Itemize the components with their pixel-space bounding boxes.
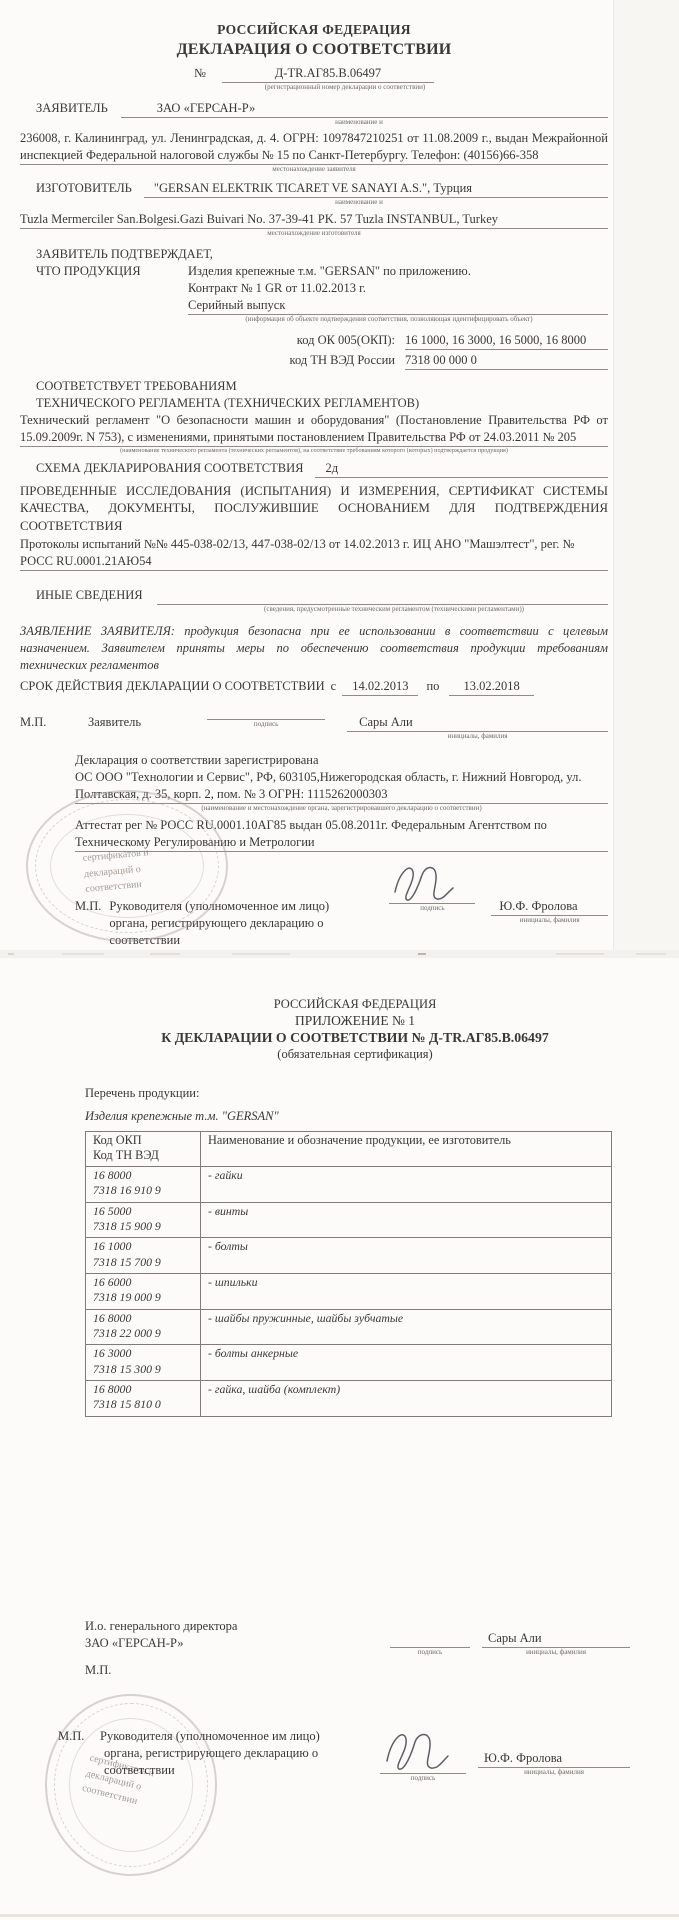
scan-artifact	[62, 953, 104, 955]
confirms-line-2: ЧТО ПРОДУКЦИЯ	[36, 263, 188, 280]
applicant-signer-name: Сары Али	[347, 714, 608, 732]
page1-title: ДЕКЛАРАЦИЯ О СООТВЕТСТВИИ	[20, 41, 608, 59]
code-header-line: Код ТН ВЭД	[93, 1148, 193, 1163]
code-cell: 16 5000 7318 15 900 9	[86, 1202, 201, 1238]
tnved-code: 7318 15 810 0	[93, 1397, 193, 1412]
research-heading: ПРОВЕДЕННЫЕ ИССЛЕДОВАНИЯ (ИСПЫТАНИЯ) И И…	[20, 483, 608, 536]
complies-line-2: ТЕХНИЧЕСКОГО РЕГЛАМЕНТА (ТЕХНИЧЕСКИХ РЕГ…	[36, 395, 608, 412]
mp-label: М.П.	[85, 1662, 111, 1679]
okp-code-label: код ОК 005(ОКП):	[20, 332, 395, 349]
okp-code-value: 16 1000, 16 3000, 16 5000, 16 8000	[405, 332, 608, 350]
registrar-signature-icon	[389, 860, 461, 902]
manufacturer-label: ИЗГОТОВИТЕЛЬ	[36, 180, 132, 197]
product-line: Контракт № 1 GR от 11.02.2013 г.	[188, 280, 608, 297]
applicant-location-caption: местонахождение заявителя	[20, 165, 608, 174]
product-table: Код ОКП Код ТН ВЭД Наименование и обозна…	[85, 1131, 612, 1417]
registrar-name-slot: Ю.Ф. Фролова инициалы, фамилия	[478, 1750, 630, 1777]
table-row: 16 3000 7318 15 300 9 - болты анкерные	[86, 1345, 612, 1381]
okp-code-line: код ОК 005(ОКП): 16 1000, 16 3000, 16 50…	[20, 332, 608, 350]
other-info-line: ИНЫЕ СВЕДЕНИЯ	[36, 587, 608, 605]
number-label: №	[194, 65, 206, 82]
code-cell: 16 1000 7318 15 700 9	[86, 1238, 201, 1274]
product-description: Изделия крепежные т.м. "GERSAN" по прило…	[188, 263, 608, 315]
table-row: 16 8000 7318 15 810 0 - гайка, шайба (ко…	[86, 1380, 612, 1416]
appendix-subtitle: (обязательная сертификация)	[85, 1046, 625, 1063]
manufacturer-value: "GERSAN ELEKTRIK TICARET VE SANAYI A.S."…	[144, 180, 608, 198]
applicant-line: ЗАЯВИТЕЛЬ ЗАО «ГЕРСАН-Р»	[36, 100, 608, 118]
tnved-code-value: 7318 00 000 0	[405, 352, 608, 370]
table-row: 16 8000 7318 22 000 9 - шайбы пружинные,…	[86, 1309, 612, 1345]
code-header-cell: Код ОКП Код ТН ВЭД	[86, 1132, 201, 1167]
applicant-statement: ЗАЯВЛЕНИЕ ЗАЯВИТЕЛЯ: продукция безопасна…	[20, 623, 608, 674]
product-line: Серийный выпуск	[188, 297, 608, 314]
okp-code: 16 1000	[93, 1239, 193, 1254]
okp-code: 16 8000	[93, 1382, 193, 1397]
sign-caption: подпись	[380, 1774, 466, 1783]
scheme-value: 2д	[315, 460, 608, 478]
table-header-row: Код ОКП Код ТН ВЭД Наименование и обозна…	[86, 1132, 612, 1167]
okp-code: 16 6000	[93, 1275, 193, 1290]
code-cell: 16 8000 7318 15 810 0	[86, 1380, 201, 1416]
other-info-caption: (сведения, предусмотренные техническим р…	[180, 605, 608, 614]
tnved-code: 7318 15 700 9	[93, 1255, 193, 1270]
tnved-code-label: код ТН ВЭД России	[20, 352, 395, 369]
manufacturer-location-caption: местонахождение изготовителя	[20, 229, 608, 238]
name-caption: инициалы, фамилия	[478, 1768, 630, 1777]
applicant-name-slot: Сары Али инициалы, фамилия	[347, 714, 608, 741]
regulation-caption: (наименование технического регламента (т…	[20, 447, 608, 455]
sign-caption: подпись	[207, 720, 325, 729]
certification-stamp: сертификатов и деклараций о соответствии	[45, 1694, 217, 1876]
mp-label: М.П.	[20, 714, 88, 731]
registrar-name-slot: Ю.Ф. Фролова инициалы, фамилия	[491, 898, 608, 925]
code-cell: 16 8000 7318 22 000 9	[86, 1309, 201, 1345]
product-cell: - гайка, шайба (комплект)	[201, 1380, 612, 1416]
registration-number-caption: (регистрационный номер декларации о соот…	[195, 83, 495, 92]
registered-heading: Декларация о соответствии зарегистрирова…	[75, 752, 608, 769]
object-info-caption: (информация об объекте подтверждения соо…	[170, 315, 608, 324]
mp-label-2: М.П.	[58, 1728, 84, 1745]
appendix-title: К ДЕКЛАРАЦИИ О СООТВЕТСТВИИ № Д-TR.АГ85.…	[85, 1030, 625, 1046]
validity-to-word: по	[426, 678, 439, 695]
page-2-appendix: РОССИЙСКАЯ ФЕДЕРАЦИЯ ПРИЛОЖЕНИЕ № 1 К ДЕ…	[0, 958, 679, 1920]
product-line: Изделия крепежные т.м. "GERSAN" по прило…	[188, 263, 608, 280]
product-section: ЧТО ПРОДУКЦИЯ Изделия крепежные т.м. "GE…	[36, 263, 608, 315]
manufacturer-name-caption: наименование и	[110, 198, 608, 207]
scanned-declaration-document: РОССИЙСКАЯ ФЕДЕРАЦИЯ ДЕКЛАРАЦИЯ О СООТВЕ…	[0, 0, 679, 1920]
signer-role: И.о. генерального директора ЗАО «ГЕРСАН-…	[85, 1618, 237, 1652]
validity-to-date: 13.02.2018	[449, 678, 533, 696]
registrar-role: Руководителя (уполномоченное им лицо) ор…	[100, 1728, 320, 1779]
scan-artifact	[232, 953, 290, 955]
registrar-role-line: соответствии	[104, 1762, 320, 1779]
validity-label: СРОК ДЕЙСТВИЯ ДЕКЛАРАЦИИ О СООТВЕТСТВИИ	[20, 678, 325, 695]
product-cell: - шайбы пружинные, шайбы зубчатые	[201, 1309, 612, 1345]
registrar-name: Ю.Ф. Фролова	[491, 898, 608, 916]
signer-role-line: И.о. генерального директора	[85, 1618, 237, 1635]
product-cell: - шпильки	[201, 1273, 612, 1309]
product-family: Изделия крепежные т.м. "GERSAN"	[85, 1108, 679, 1125]
page2-country-heading: РОССИЙСКАЯ ФЕДЕРАЦИЯ	[85, 996, 625, 1013]
registration-number: Д-TR.АГ85.В.06497	[222, 65, 434, 83]
okp-code: 16 3000	[93, 1346, 193, 1361]
scan-bottom-edge	[0, 1914, 679, 1917]
okp-code: 16 8000	[93, 1311, 193, 1326]
applicant-value: ЗАО «ГЕРСАН-Р»	[121, 100, 608, 118]
signer-name: Сары Али	[482, 1630, 630, 1648]
sign-caption: подпись	[389, 904, 475, 913]
confirms-line-1: ЗАЯВИТЕЛЬ ПОДТВЕРЖДАЕТ,	[36, 246, 608, 263]
product-cell: - болты анкерные	[201, 1345, 612, 1381]
table-row: 16 6000 7318 19 000 9 - шпильки	[86, 1273, 612, 1309]
regulation-text: Технический регламент "О безопасности ма…	[20, 412, 608, 447]
applicant-signature-line: М.П. Заявитель подпись Сары Али инициалы…	[20, 706, 608, 741]
code-header-line: Код ОКП	[93, 1133, 193, 1148]
other-info-label: ИНЫЕ СВЕДЕНИЯ	[36, 587, 143, 604]
name-caption: инициалы, фамилия	[347, 732, 608, 741]
page1-country-heading: РОССИЙСКАЯ ФЕДЕРАЦИЯ	[20, 22, 608, 38]
appendix-number: ПРИЛОЖЕНИЕ № 1	[85, 1013, 625, 1029]
manufacturer-address: Tuzla Mermerciler San.Bolgesi.Gazi Buiva…	[20, 211, 608, 229]
signer-name-slot: Сары Али инициалы, фамилия	[482, 1630, 630, 1657]
signer-role-line: ЗАО «ГЕРСАН-Р»	[85, 1635, 237, 1652]
scan-artifact	[556, 953, 604, 955]
code-cell: 16 6000 7318 19 000 9	[86, 1273, 201, 1309]
table-row: 16 8000 7318 16 910 9 - гайки	[86, 1167, 612, 1203]
applicant-sign-slot: подпись	[207, 706, 325, 729]
table-row: 16 5000 7318 15 900 9 - винты	[86, 1202, 612, 1238]
scan-margin	[613, 0, 679, 954]
validity-from-date: 14.02.2013	[342, 678, 418, 696]
certification-stamp: сертификатов и деклараций о соответствии	[26, 790, 228, 942]
okp-code: 16 8000	[93, 1168, 193, 1183]
tnved-code: 7318 22 000 9	[93, 1326, 193, 1341]
applicant-address: 236008, г. Калининград, ул. Ленинградска…	[20, 130, 608, 165]
scheme-line: СХЕМА ДЕКЛАРИРОВАНИЯ СООТВЕТСТВИЯ 2д	[36, 460, 608, 478]
scan-artifact	[418, 953, 426, 955]
name-caption: инициалы, фамилия	[482, 1648, 630, 1657]
complies-line-1: СООТВЕТСТВУЕТ ТРЕБОВАНИЯМ	[36, 378, 608, 395]
product-cell: - болты	[201, 1238, 612, 1274]
applicant-sign-label: Заявитель	[88, 714, 141, 731]
sign-caption: подпись	[390, 1648, 470, 1657]
tnved-code: 7318 15 900 9	[93, 1219, 193, 1234]
protocols-text: Протоколы испытаний №№ 445-038-02/13, 44…	[20, 536, 608, 571]
okp-code: 16 5000	[93, 1204, 193, 1219]
name-caption: инициалы, фамилия	[491, 916, 608, 925]
applicant-name-caption: наименование и	[110, 118, 608, 127]
product-cell: - гайки	[201, 1167, 612, 1203]
tnved-code-line: код ТН ВЭД России 7318 00 000 0	[20, 352, 608, 370]
applicant-label: ЗАЯВИТЕЛЬ	[36, 100, 108, 117]
name-header-cell: Наименование и обозначение продукции, ее…	[201, 1132, 612, 1167]
registrar-signature-icon	[380, 1726, 456, 1772]
tnved-code: 7318 15 300 9	[93, 1362, 193, 1377]
product-cell: - винты	[201, 1202, 612, 1238]
registrar-name: Ю.Ф. Фролова	[478, 1750, 630, 1768]
tnved-code: 7318 16 910 9	[93, 1183, 193, 1198]
product-list-label: Перечень продукции:	[85, 1085, 679, 1102]
scheme-label: СХЕМА ДЕКЛАРИРОВАНИЯ СООТВЕТСТВИЯ	[36, 460, 303, 477]
scan-artifact	[636, 953, 666, 955]
scan-artifact	[8, 953, 14, 955]
table-row: 16 1000 7318 15 700 9 - болты	[86, 1238, 612, 1274]
registrar-sign-slot: подпись	[380, 1726, 466, 1783]
registration-number-line: № Д-TR.АГ85.В.06497	[20, 65, 608, 83]
validity-line: СРОК ДЕЙСТВИЯ ДЕКЛАРАЦИИ О СООТВЕТСТВИИ …	[20, 678, 608, 696]
tnved-code: 7318 19 000 9	[93, 1290, 193, 1305]
code-cell: 16 8000 7318 16 910 9	[86, 1167, 201, 1203]
manufacturer-line: ИЗГОТОВИТЕЛЬ "GERSAN ELEKTRIK TICARET VE…	[36, 180, 608, 198]
validity-from-word: с	[331, 678, 337, 695]
registrar-role-line: органа, регистрирующего декларацию о	[104, 1745, 320, 1762]
signer-sign-slot: подпись	[390, 1634, 470, 1657]
registrar-role-line: Руководителя (уполномоченное им лицо)	[100, 1728, 320, 1745]
scan-artifact	[150, 953, 180, 955]
code-cell: 16 3000 7318 15 300 9	[86, 1345, 201, 1381]
registrar-sign-slot: подпись	[389, 860, 475, 913]
